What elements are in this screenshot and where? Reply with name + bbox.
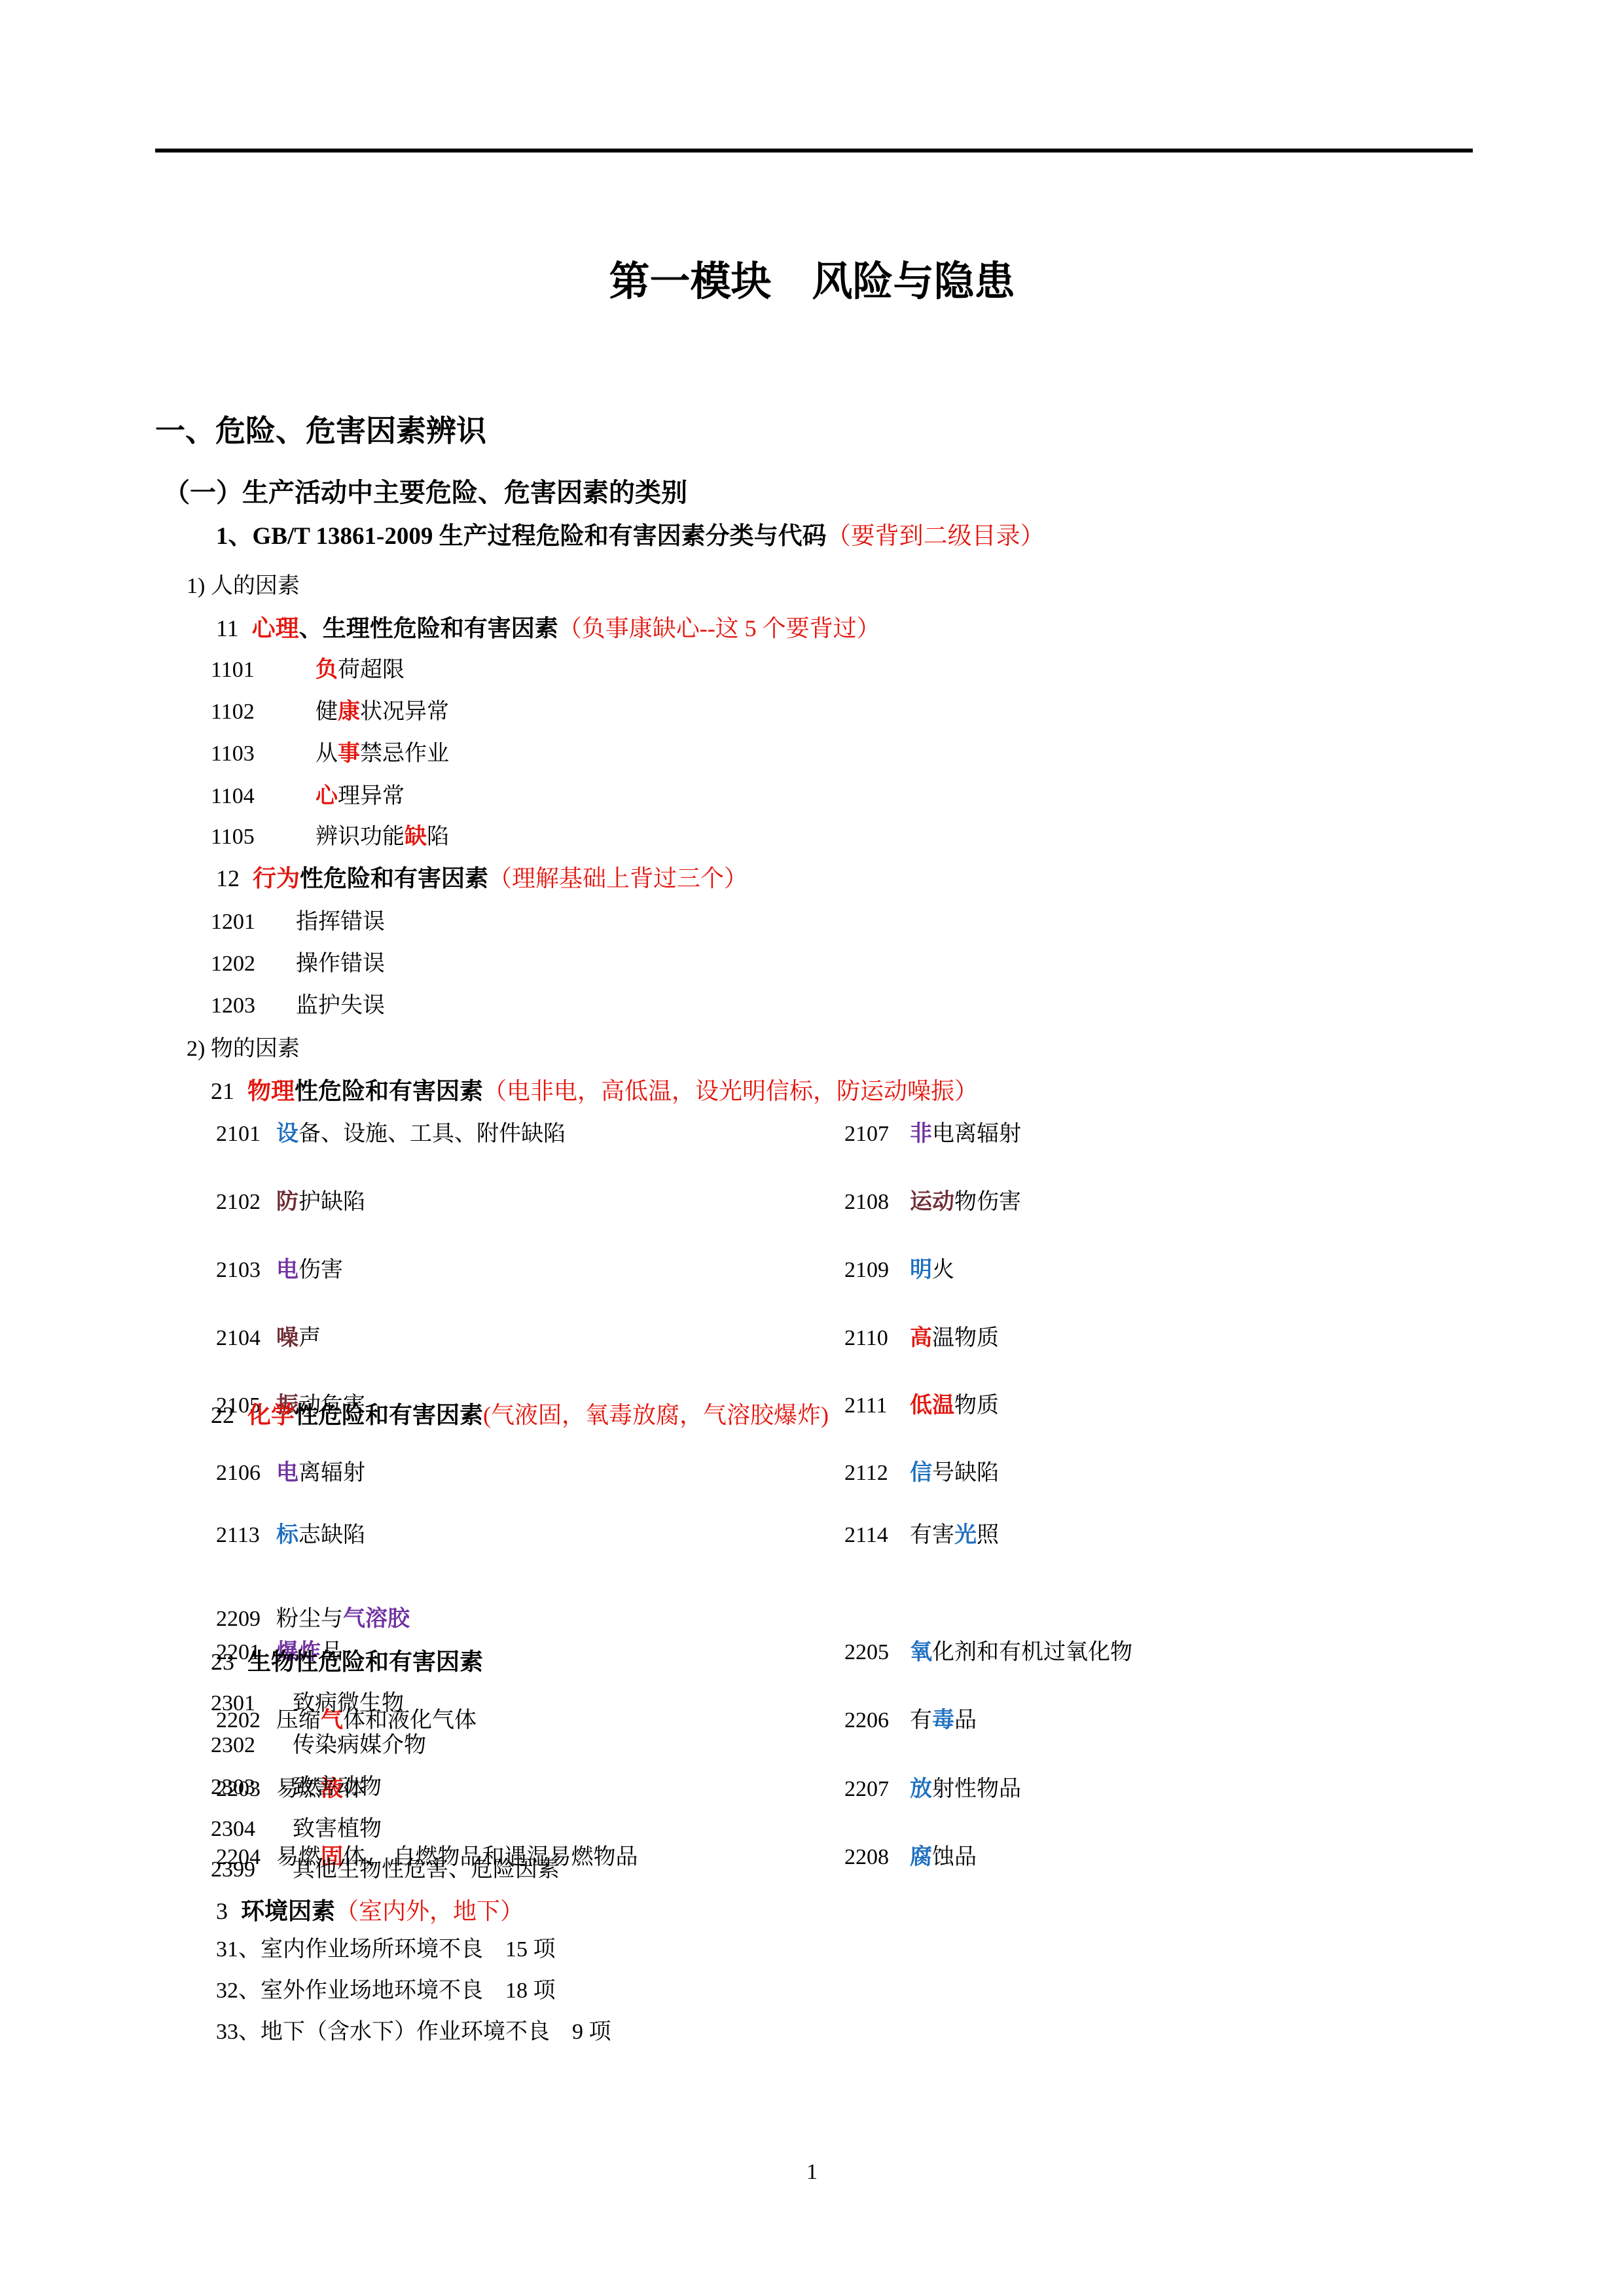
table-row: 2106电离辐射2112信号缺陷 — [216, 1460, 1624, 1488]
item-code: 1203 — [211, 992, 296, 1020]
section-heading-1-1: （一）生产活动中主要危险、危害因素的类别 — [164, 476, 687, 509]
subsection-3: 3环境因素（室内外，地下） — [216, 1897, 524, 1926]
subsection-code: 12 — [216, 864, 240, 893]
item-code: 2205 — [844, 1639, 910, 1667]
list-item-1203: 1203监护失误 — [211, 992, 385, 1020]
item-code: 2101 — [216, 1121, 276, 1149]
highlight-char: 明 — [910, 1258, 932, 1282]
item-text: 备、设施、工具、附件缺陷 — [298, 1122, 566, 1146]
highlight-char: 电 — [276, 1258, 298, 1282]
highlight-char: 高 — [910, 1326, 932, 1350]
item-text: 温物质 — [932, 1326, 999, 1350]
item-text: 致害植物 — [293, 1817, 382, 1841]
item-code: 2302 — [211, 1732, 293, 1760]
highlight-char: 心理 — [252, 615, 299, 641]
category-object-factors: 2) 物的因素 — [187, 1035, 300, 1064]
right-item: 2207放射性物品 — [844, 1776, 1021, 1804]
subsection-code: 11 — [216, 614, 239, 643]
item-code: 2112 — [844, 1460, 910, 1488]
item-code: 2206 — [844, 1707, 910, 1735]
item-text: 陷 — [427, 825, 449, 849]
item-text: 监护失误 — [296, 994, 385, 1018]
list-item-1102: 1102健康状况异常 — [211, 698, 449, 726]
table-row: 2203易燃液体2207放射性物品 — [216, 1776, 1624, 1804]
highlight-char: 行为 — [253, 865, 300, 891]
subsection-11: 11心理、生理性危险和有害因素（负事康缺心--这 5 个要背过） — [216, 614, 880, 643]
item-code: 1202 — [211, 950, 296, 978]
list-item-2209: 2209粉尘与气溶胶 — [216, 1605, 410, 1634]
list-item-2304: 2304致害植物 — [211, 1816, 382, 1844]
item-code: 2208 — [844, 1844, 910, 1872]
item-text: 操作错误 — [296, 952, 385, 976]
subsection-code: 22 — [211, 1401, 234, 1430]
item-text: 声 — [298, 1326, 321, 1350]
item-code: 2103 — [216, 1257, 276, 1285]
annotation-note: （理解基础上背过三个） — [488, 865, 748, 891]
item-code: 2303 — [211, 1774, 293, 1802]
right-item: 2107非电离辐射 — [844, 1121, 1021, 1149]
item-text: 致害动物 — [293, 1775, 382, 1799]
subsection-title: 性危险和有害因素 — [295, 1078, 483, 1104]
item-code: 1201 — [211, 908, 296, 937]
item-text: 号缺陷 — [932, 1461, 999, 1485]
item-code: 1105 — [211, 823, 316, 852]
item-code: 2111 — [844, 1392, 910, 1420]
list-item-1104: 1104心理异常 — [211, 783, 405, 811]
subsection-title: 性危险和有害因素 — [295, 1402, 483, 1428]
highlight-char: 毒 — [932, 1708, 954, 1732]
item-code: 2109 — [844, 1257, 910, 1285]
item-code: 2104 — [216, 1325, 276, 1353]
standard-number: 1、GB/T 13861-2009 — [216, 523, 439, 550]
annotation-note: (气液固，氧毒放腐，气溶胶爆炸) — [483, 1402, 829, 1428]
highlight-char: 低温 — [910, 1393, 954, 1418]
highlight-char: 电 — [276, 1461, 298, 1485]
right-item: 2111低温物质 — [844, 1392, 999, 1420]
subsection-code: 3 — [216, 1897, 228, 1926]
item-code: 2107 — [844, 1121, 910, 1149]
subsection-22: 22化学性危险和有害因素(气液固，氧毒放腐，气溶胶爆炸) — [211, 1401, 829, 1430]
item-text: 健 — [316, 700, 338, 724]
item-code: 2304 — [211, 1816, 293, 1844]
item-text: 指挥错误 — [296, 910, 385, 934]
right-item: 2114有害光照 — [844, 1522, 999, 1550]
item-text: 理异常 — [338, 784, 405, 808]
table-row: 2101设备、设施、工具、附件缺陷2107非电离辐射 — [216, 1121, 1624, 1149]
item-text: 致病微生物 — [293, 1691, 404, 1715]
page-number: 1 — [0, 2159, 1624, 2187]
highlight-char: 非 — [910, 1122, 932, 1146]
highlight-char: 放 — [910, 1777, 932, 1801]
highlight-char: 信 — [910, 1461, 932, 1485]
item-code: 2102 — [216, 1189, 276, 1217]
item-text: 火 — [932, 1258, 954, 1282]
item-code: 2301 — [211, 1690, 293, 1718]
right-item: 2206有毒品 — [844, 1707, 977, 1735]
item-code: 2209 — [216, 1605, 276, 1634]
table-row: 2102防护缺陷2108运动物伤害 — [216, 1189, 1624, 1217]
item-text: 物质 — [954, 1393, 999, 1418]
right-item: 2112信号缺陷 — [844, 1460, 999, 1488]
right-item: 2110高温物质 — [844, 1325, 999, 1353]
subsection-21: 21物理性危险和有害因素（电非电，高低温，设光明信标，防运动噪振） — [211, 1077, 978, 1106]
item-code: 2110 — [844, 1325, 910, 1353]
list-item-2302: 2302传染病媒介物 — [211, 1732, 426, 1760]
item-code: 2113 — [216, 1522, 276, 1550]
standard-name: 生产过程危险和有害因素分类与代码 — [439, 523, 827, 550]
item-code: 2106 — [216, 1460, 276, 1488]
highlight-char: 物理 — [247, 1078, 295, 1104]
table-row: 2103电伤害2109明火 — [216, 1257, 1624, 1285]
item-code: 1104 — [211, 783, 316, 811]
table-row: 2113标志缺陷2114有害光照 — [216, 1522, 1624, 1550]
subsection-title: 环境因素 — [241, 1898, 335, 1924]
list-item-32: 32、室外作业场地环境不良 18 项 — [216, 1977, 556, 2005]
highlight-char: 腐 — [910, 1845, 932, 1869]
list-item-31: 31、室内作业场所环境不良 15 项 — [216, 1936, 556, 1964]
subsection-code: 23 — [211, 1647, 234, 1677]
standard-reference-line: 1、GB/T 13861-2009 生产过程危险和有害因素分类与代码（要背到二级… — [216, 522, 1045, 552]
highlight-char: 负 — [316, 658, 338, 682]
subsection-23: 23生物性危险和有害因素 — [211, 1647, 483, 1677]
list-item-2301: 2301致病微生物 — [211, 1690, 404, 1718]
item-text: 化剂和有机过氧化物 — [932, 1640, 1132, 1664]
item-code: 2399 — [211, 1856, 293, 1884]
list-item-1201: 1201指挥错误 — [211, 908, 385, 937]
highlight-char: 标 — [276, 1523, 298, 1547]
highlight-char: 缺 — [405, 825, 427, 849]
highlight-char: 事 — [338, 742, 360, 766]
item-text: 状况异常 — [360, 700, 449, 724]
item-text: 离辐射 — [298, 1461, 365, 1485]
highlight-char: 噪 — [276, 1326, 298, 1350]
list-item-1105: 1105辨识功能缺陷 — [211, 823, 449, 852]
annotation-note: （电非电，高低温，设光明信标，防运动噪振） — [483, 1078, 978, 1104]
list-item-1101: 1101负荷超限 — [211, 656, 405, 685]
item-text: 射性物品 — [932, 1777, 1021, 1801]
left-item: 2102防护缺陷 — [216, 1190, 365, 1214]
document-page: { "colors": { "red": "#e3140c", "dark_re… — [0, 0, 1624, 2296]
item-text: 有 — [910, 1708, 932, 1732]
table-row: 2202压缩气体和液化气体2206有毒品 — [216, 1707, 1624, 1735]
annotation-note: （室内外，地下） — [335, 1898, 524, 1924]
item-code: 1101 — [211, 656, 316, 685]
item-code: 2207 — [844, 1776, 910, 1804]
list-item-33: 33、地下（含水下）作业环境不良 9 项 — [216, 2018, 611, 2047]
item-code: 1102 — [211, 698, 316, 726]
subsection-title: 性危险和有害因素 — [300, 865, 488, 891]
highlight-char: 心 — [316, 784, 338, 808]
item-code: 2108 — [844, 1189, 910, 1217]
memorize-note: （要背到二级目录） — [827, 523, 1045, 550]
item-text: 粉尘与 — [276, 1607, 343, 1631]
highlight-char: 氧 — [910, 1640, 932, 1664]
list-item-2303: 2303致害动物 — [211, 1774, 382, 1802]
item-text: 传染病媒介物 — [293, 1733, 426, 1757]
list-item-2399: 2399其他生物性危害、危险因素 — [211, 1856, 560, 1884]
item-text: 品 — [954, 1708, 977, 1732]
list-item-1103: 1103从事禁忌作业 — [211, 740, 449, 768]
subsection-title: 生物性危险和有害因素 — [247, 1649, 483, 1675]
highlight-char: 光 — [954, 1523, 977, 1547]
item-text: 照 — [977, 1523, 999, 1547]
subsection-title: 、生理性危险和有害因素 — [299, 615, 558, 641]
left-item: 2104噪声 — [216, 1326, 321, 1350]
item-text: 辨识功能 — [316, 825, 405, 849]
item-code: 1103 — [211, 740, 316, 768]
highlight-char: 运动 — [910, 1190, 954, 1214]
right-item: 2208腐蚀品 — [844, 1844, 977, 1872]
right-item: 2108运动物伤害 — [844, 1189, 1021, 1217]
item-code: 2114 — [844, 1522, 910, 1550]
item-text: 有害 — [910, 1523, 954, 1547]
section-heading-1: 一、危险、危害因素辨识 — [155, 412, 486, 450]
item-text: 其他生物性危害、危险因素 — [293, 1857, 560, 1882]
highlight-char: 康 — [338, 700, 360, 724]
annotation-note: （负事康缺心--这 5 个要背过） — [558, 615, 880, 641]
item-text: 电离辐射 — [932, 1122, 1021, 1146]
left-item: 2113标志缺陷 — [216, 1523, 365, 1547]
highlight-char: 设 — [276, 1122, 298, 1146]
list-item-1202: 1202操作错误 — [211, 950, 385, 978]
left-item: 2103电伤害 — [216, 1258, 343, 1282]
item-text: 护缺陷 — [298, 1190, 365, 1214]
subsection-code: 21 — [211, 1077, 234, 1106]
item-text: 伤害 — [298, 1258, 343, 1282]
page-title: 第一模块 风险与隐患 — [0, 257, 1624, 308]
item-text: 荷超限 — [338, 658, 405, 682]
category-human-factors: 1) 人的因素 — [187, 573, 300, 601]
item-text: 蚀品 — [932, 1845, 977, 1869]
item-text: 物伤害 — [954, 1190, 1021, 1214]
highlight-char: 化学 — [247, 1402, 295, 1428]
left-item: 2106电离辐射 — [216, 1461, 365, 1485]
header-rule — [155, 149, 1473, 152]
item-text: 禁忌作业 — [360, 742, 449, 766]
right-item: 2205氧化剂和有机过氧化物 — [844, 1639, 1132, 1667]
highlight-char: 气溶胶 — [343, 1607, 410, 1631]
table-row: 2104噪声2110高温物质 — [216, 1325, 1624, 1353]
left-item: 2101设备、设施、工具、附件缺陷 — [216, 1122, 566, 1146]
right-item: 2109明火 — [844, 1257, 954, 1285]
item-text: 从 — [316, 742, 338, 766]
subsection-12: 12行为性危险和有害因素（理解基础上背过三个） — [216, 864, 748, 893]
highlight-char: 防 — [276, 1190, 298, 1214]
item-text: 志缺陷 — [298, 1523, 365, 1547]
